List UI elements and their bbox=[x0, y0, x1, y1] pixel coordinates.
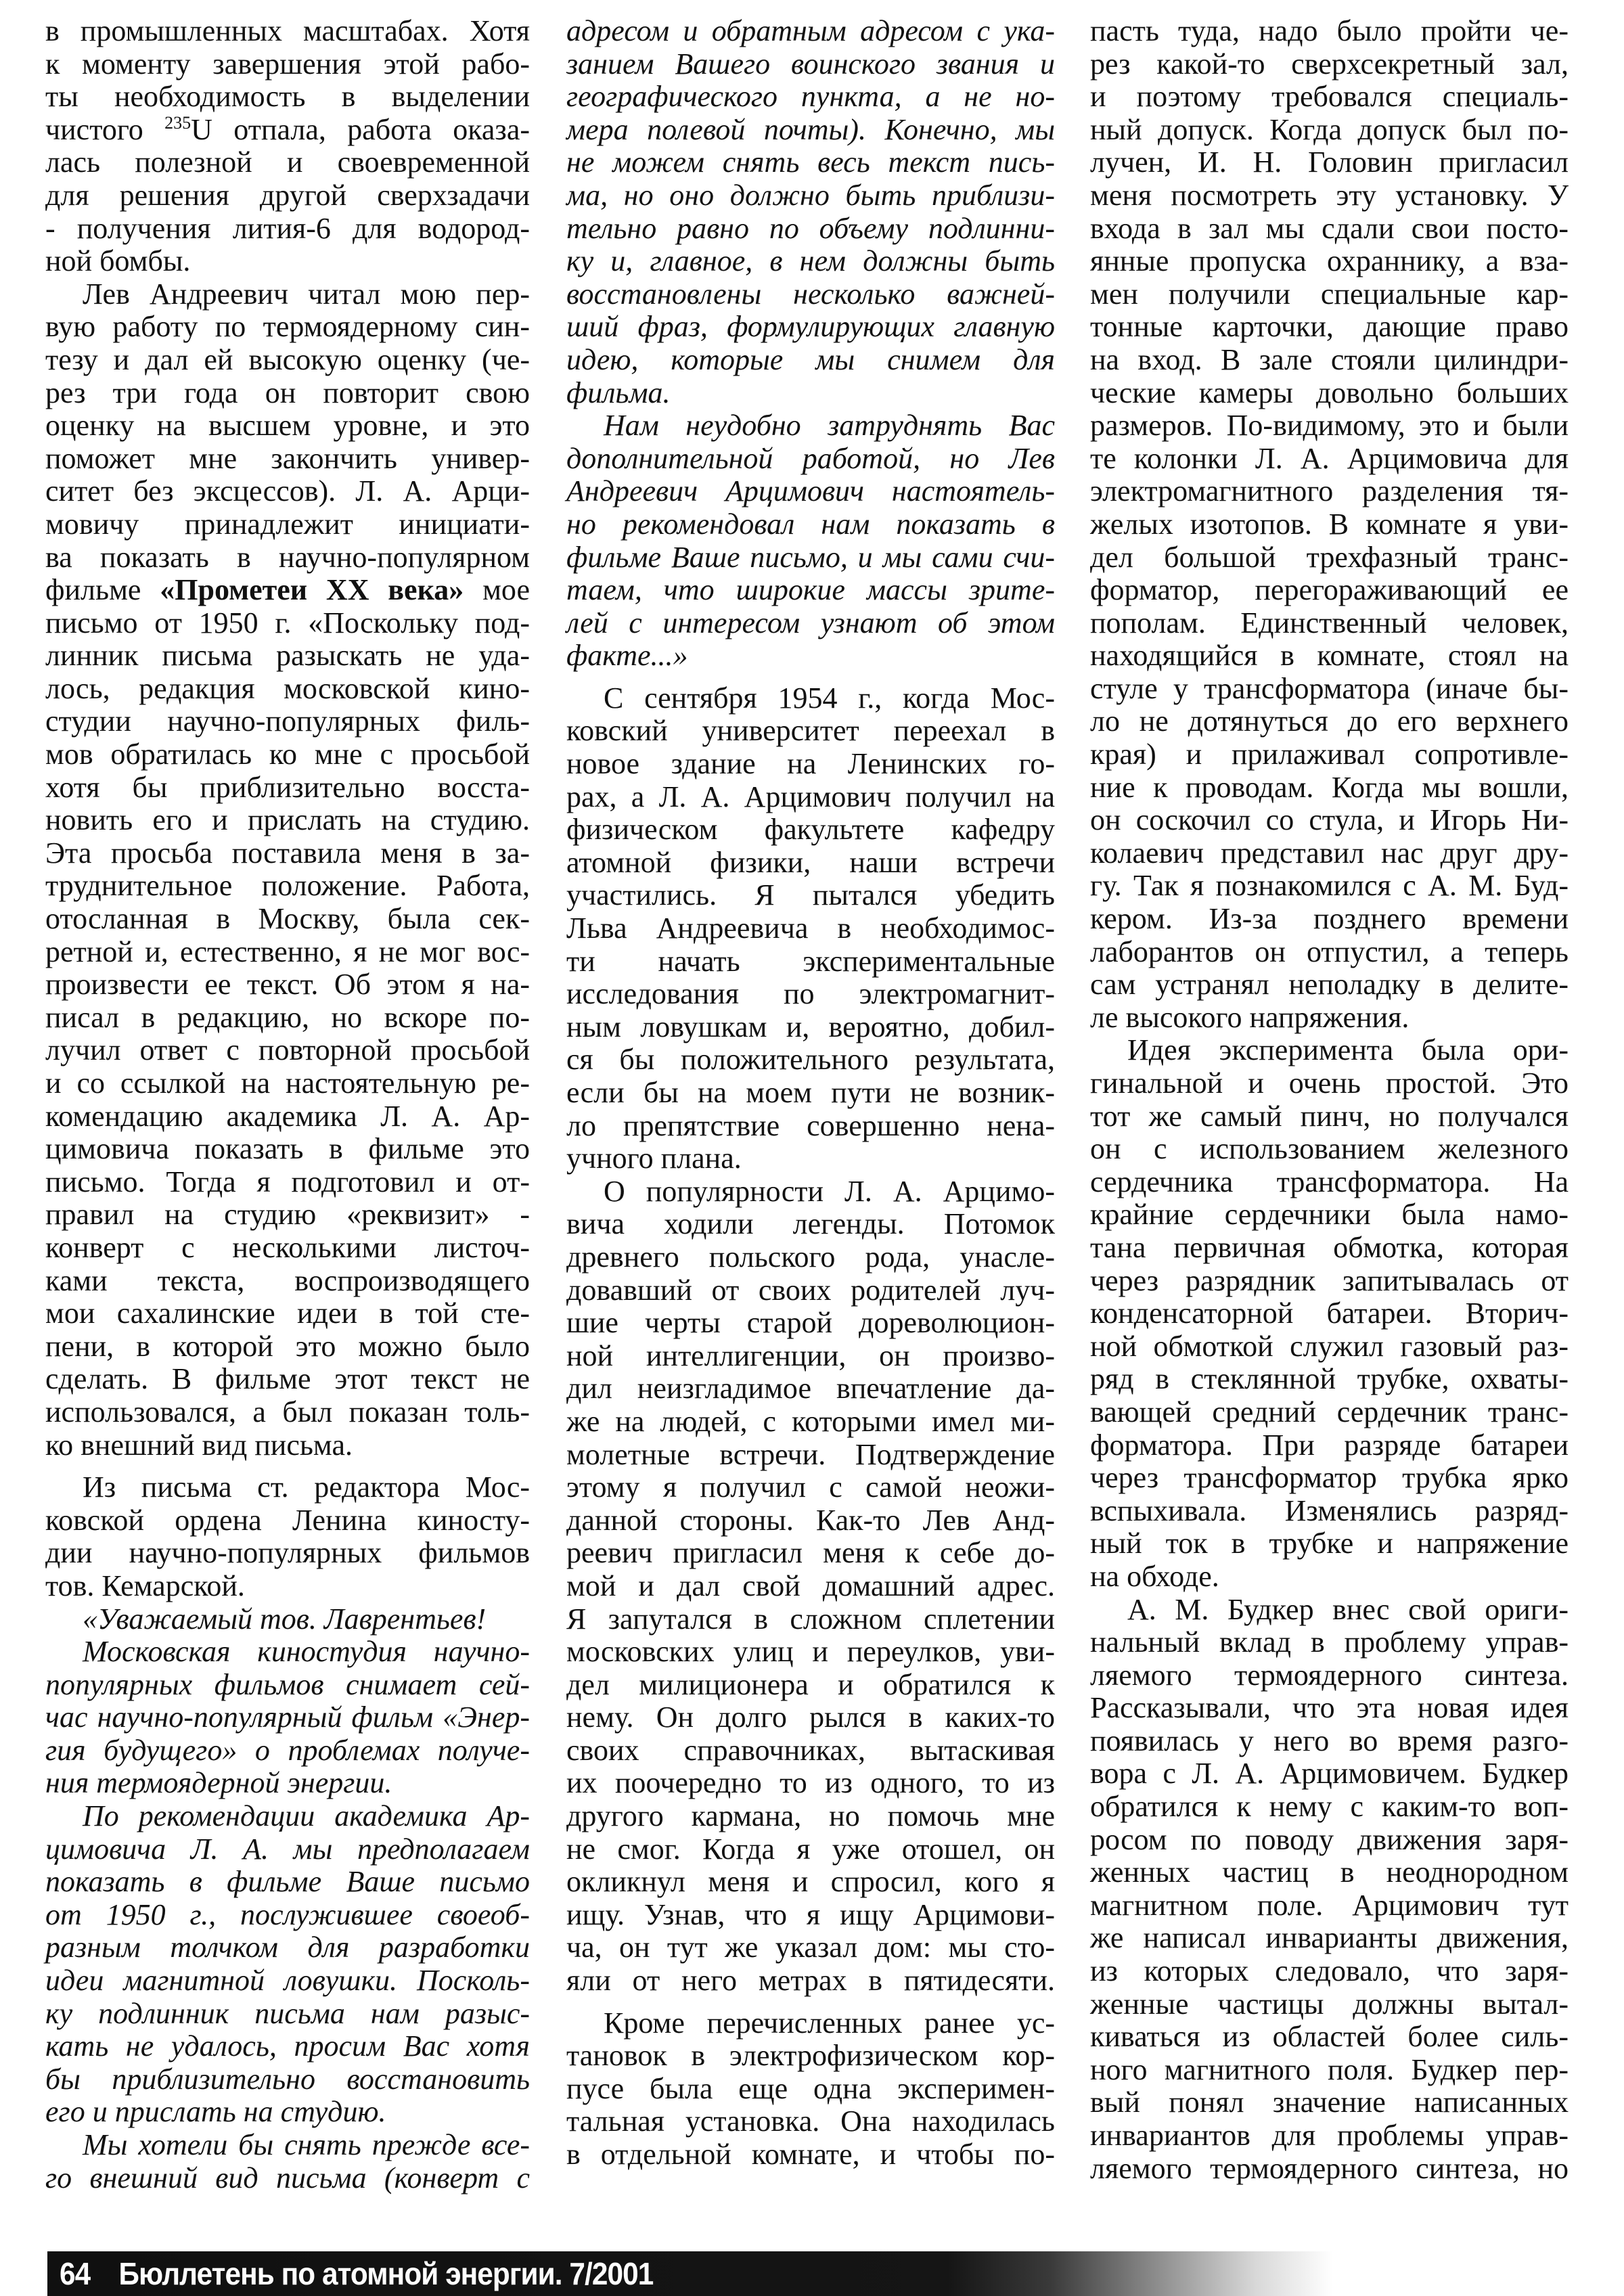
line-text: Московская киностудия научно- bbox=[83, 1635, 530, 1668]
text-line: письмо от 1950 г. «Поскольку под- bbox=[45, 607, 530, 640]
line-text: рез три года он повторит свою bbox=[45, 376, 530, 409]
line-text: нему. Он долго рылся в каких-то bbox=[566, 1701, 1055, 1734]
text-line: «Уважаемый тов. Лаврентьев! bbox=[45, 1603, 530, 1636]
line-text: ма, но оно должно быть приблизи- bbox=[566, 179, 1055, 212]
line-text: своих справочниках, вытаскивая bbox=[566, 1734, 1055, 1767]
text-line: рез три года он повторит свою bbox=[45, 377, 530, 410]
isotope-superscript: 235 bbox=[164, 113, 191, 133]
text-line: росом по поводу движения заря- bbox=[1090, 1824, 1569, 1857]
text-line: вающей средний сердечник транс- bbox=[1090, 1396, 1569, 1429]
line-text: ся бы положительного результата, bbox=[566, 1043, 1055, 1076]
line-text: росом по поводу движения заря- bbox=[1090, 1823, 1569, 1856]
line-text: окликнул меня и спросил, кого я bbox=[566, 1865, 1055, 1898]
text-line: шие черты старой дореволюцион- bbox=[566, 1307, 1055, 1340]
line-text: фильме bbox=[45, 573, 160, 606]
line-text: вора с Л. А. Арцимовичем. Будкер bbox=[1090, 1757, 1569, 1790]
text-line: труднительное положение. Работа, bbox=[45, 870, 530, 903]
line-text: мой и дал свой домашний адрес. bbox=[566, 1569, 1055, 1602]
line-text: меня посмотреть эту установку. У bbox=[1090, 179, 1569, 212]
line-text: письмо. Тогда я подготовил и от- bbox=[45, 1165, 530, 1198]
line-text: ковской ордена Ленина киносту- bbox=[45, 1504, 530, 1537]
line-text: ший фраз, формулирующих главную bbox=[566, 310, 1055, 343]
text-line: ческие камеры довольно больших bbox=[1090, 377, 1569, 410]
line-text: конденсаторной батареи. Вторич- bbox=[1090, 1297, 1569, 1330]
line-text: учного плана. bbox=[566, 1142, 742, 1175]
line-text: комендацию академика Л. А. Ар- bbox=[45, 1100, 530, 1133]
text-line: электромагнитного разделения тя- bbox=[1090, 475, 1569, 508]
text-line: ния термоядерной энергии. bbox=[45, 1767, 530, 1800]
text-line: форматора. При разряде батареи bbox=[1090, 1429, 1569, 1462]
text-line: кать не удалось, просим Вас хотя bbox=[45, 2030, 530, 2063]
line-text: физическом факультете кафедру bbox=[566, 813, 1055, 846]
text-line: форматор, перегораживающий ее bbox=[1090, 574, 1569, 607]
text-line: цимовича показать в фильме это bbox=[45, 1133, 530, 1166]
line-text: шие черты старой дореволюцион- bbox=[566, 1306, 1055, 1339]
text-line: ного магнитного поля. Будкер пер- bbox=[1090, 2054, 1569, 2087]
line-text: ным ловушкам и, вероятно, добил- bbox=[566, 1010, 1055, 1043]
text-line: Московская киностудия научно- bbox=[45, 1636, 530, 1669]
text-line: для решения другой сверхзадачи bbox=[45, 179, 530, 212]
text-line: - получения лития-6 для водород- bbox=[45, 212, 530, 246]
line-text: московских улиц и переулков, уви- bbox=[566, 1635, 1055, 1668]
line-text: идеи магнитной ловушки. Посколь- bbox=[45, 1964, 530, 1997]
paragraph-gap bbox=[45, 1462, 530, 1471]
text-line: дополнительной работой, но Лев bbox=[566, 443, 1055, 476]
line-text: фильме Ваше письмо, и мы сами счи- bbox=[566, 541, 1055, 574]
text-line: вича ходили легенды. Потомок bbox=[566, 1208, 1055, 1241]
text-column-1: в промышленных масштабах. Хотяк моменту … bbox=[45, 15, 530, 2194]
line-text: из которых следовало, что заря- bbox=[1090, 1954, 1569, 1987]
line-text: Лев Андреевич читал мою пер- bbox=[83, 277, 530, 311]
text-line: дил неизгладимое впечатление да- bbox=[566, 1372, 1055, 1405]
line-text: - получения лития-6 для водород- bbox=[45, 212, 530, 245]
text-line: час научно-популярный фильм «Энер- bbox=[45, 1701, 530, 1734]
text-line: мера полевой почты). Конечно, мы bbox=[566, 114, 1055, 147]
line-text: гу. Так я познакомился с А. М. Буд- bbox=[1090, 869, 1569, 902]
text-line: окликнул меня и спросил, кого я bbox=[566, 1866, 1055, 1899]
line-text: дии научно-популярных фильмов bbox=[45, 1536, 530, 1569]
line-text: ле высокого напряжения. bbox=[1090, 1001, 1409, 1034]
line-text: А. М. Будкер внес свой ориги- bbox=[1127, 1593, 1569, 1626]
text-line: ный допуск. Когда допуск был по- bbox=[1090, 114, 1569, 147]
text-line: вую работу по термоядерному син- bbox=[45, 311, 530, 344]
text-line: чистого 235U отпала, работа оказа- bbox=[45, 114, 530, 147]
text-line: тезу и дал ей высокую оценку (че- bbox=[45, 344, 530, 377]
line-text-continued: U отпала, работа оказа- bbox=[191, 113, 530, 146]
line-text: ку и, главное, в нем должны быть bbox=[566, 244, 1055, 277]
line-text: Андреевич Арцимович настоятель- bbox=[566, 474, 1055, 508]
line-text: Нам неудобно затруднять Вас bbox=[604, 409, 1055, 442]
text-line: и поэтому требовался специаль- bbox=[1090, 81, 1569, 114]
text-line: мой и дал свой домашний адрес. bbox=[566, 1570, 1055, 1603]
line-text: новить его и прислать на студию. bbox=[45, 803, 530, 836]
text-line: Андреевич Арцимович настоятель- bbox=[566, 475, 1055, 508]
text-line: сердечника трансформатора. На bbox=[1090, 1166, 1569, 1199]
line-text: ситет без эксцессов). Л. А. Арци- bbox=[45, 474, 530, 508]
text-line: новить его и прислать на студию. bbox=[45, 804, 530, 837]
line-text: но рекомендовал нам показать в bbox=[566, 508, 1055, 541]
text-line: мои сахалинские идеи в той сте- bbox=[45, 1297, 530, 1330]
text-line: идею, которые мы снимем для bbox=[566, 344, 1055, 377]
line-text: вающей средний сердечник транс- bbox=[1090, 1395, 1569, 1428]
line-text: ный допуск. Когда допуск был по- bbox=[1090, 113, 1569, 146]
line-text: для решения другой сверхзадачи bbox=[45, 179, 530, 212]
line-text: и со ссылкой на настоятельную ре- bbox=[45, 1066, 530, 1100]
text-line: рах, а Л. А. Арцимович получил на bbox=[566, 781, 1055, 814]
text-line: ва показать в научно-популярном bbox=[45, 541, 530, 575]
text-line: реевич пригласил меня к себе до- bbox=[566, 1537, 1055, 1570]
text-line: ку и, главное, в нем должны быть bbox=[566, 245, 1055, 278]
text-line: на обходе. bbox=[1090, 1560, 1569, 1594]
text-line: киваться из областей более силь- bbox=[1090, 2021, 1569, 2054]
text-line: оценку на высшем уровне, и это bbox=[45, 409, 530, 443]
text-line: вый понял значение написанных bbox=[1090, 2086, 1569, 2119]
text-line: входа в зал мы сдали свои посто- bbox=[1090, 212, 1569, 246]
line-text: произвести ее текст. Об этом я на- bbox=[45, 968, 530, 1001]
line-text: ча, он тут же указал дом: мы сто- bbox=[566, 1931, 1055, 1964]
line-text: «Уважаемый тов. Лаврентьев! bbox=[83, 1602, 486, 1636]
line-text: правил на студию «реквизит» - bbox=[45, 1198, 530, 1231]
line-text: магнитном поле. Арцимович тут bbox=[1090, 1889, 1569, 1922]
line-text: янные пропуска охраннику, а вза- bbox=[1090, 244, 1569, 277]
line-text: форматор, перегораживающий ее bbox=[1090, 573, 1569, 606]
line-text: Я запутался в сложном сплетении bbox=[566, 1602, 1055, 1636]
text-line: крайние сердечники была намо- bbox=[1090, 1198, 1569, 1232]
line-text: исследования по электромагнит- bbox=[566, 977, 1055, 1010]
text-line: инвариантов для проблемы управ- bbox=[1090, 2119, 1569, 2153]
text-line: пополам. Единственный человек, bbox=[1090, 607, 1569, 640]
line-text: киваться из областей более силь- bbox=[1090, 2020, 1569, 2053]
line-text: древнего польского рода, унасле- bbox=[566, 1240, 1055, 1274]
footer-text: 64Бюллетень по атомной энергии. 7/2001 bbox=[60, 2255, 653, 2292]
line-text: лось, редакция московской кино- bbox=[45, 672, 530, 705]
text-line: ряд в стеклянной трубке, охваты- bbox=[1090, 1363, 1569, 1396]
line-text: писал в редакцию, но вскоре по- bbox=[45, 1001, 530, 1034]
text-line: своих справочниках, вытаскивая bbox=[566, 1734, 1055, 1768]
line-text: крайние сердечники была намо- bbox=[1090, 1198, 1569, 1231]
text-line: женных частиц в неоднородном bbox=[1090, 1856, 1569, 1889]
line-text: О популярности Л. А. Арцимо- bbox=[604, 1175, 1055, 1208]
line-text: Идея эксперимента была ори- bbox=[1127, 1033, 1569, 1066]
text-line: дел милиционера и обратился к bbox=[566, 1669, 1055, 1702]
line-text: географического пункта, а не но- bbox=[566, 80, 1055, 113]
text-line: атомной физики, наши встречи bbox=[566, 847, 1055, 880]
line-text: края) и прилаживал сопротивле- bbox=[1090, 738, 1569, 771]
journal-page: в промышленных масштабах. Хотяк моменту … bbox=[0, 0, 1624, 2296]
line-text: мои сахалинские идеи в той сте- bbox=[45, 1297, 530, 1330]
text-line: хотя бы приблизительно восста- bbox=[45, 771, 530, 805]
line-text: на обходе. bbox=[1090, 1560, 1219, 1593]
text-line: от 1950 г., послужившее своеоб- bbox=[45, 1899, 530, 1932]
text-line: Кроме перечисленных ранее ус- bbox=[566, 2007, 1055, 2040]
line-text: рез какой-то сверхсекретный зал, bbox=[1090, 47, 1569, 81]
text-line: правил на студию «реквизит» - bbox=[45, 1198, 530, 1232]
line-text: ряд в стеклянной трубке, охваты- bbox=[1090, 1362, 1569, 1395]
line-text: тельно равно по объему подлинни- bbox=[566, 212, 1055, 245]
line-text: электромагнитного разделения тя- bbox=[1090, 474, 1569, 508]
text-line: факте...» bbox=[566, 639, 1055, 673]
line-text: лучен, И. Н. Головин пригласил bbox=[1090, 145, 1569, 179]
line-text: ческие камеры довольно больших bbox=[1090, 376, 1569, 409]
line-text: через трансформатор трубка ярко bbox=[1090, 1461, 1569, 1494]
page-footer-bar: 64Бюллетень по атомной энергии. 7/2001 bbox=[47, 2251, 1333, 2296]
text-line: вспыхивала. Изменялись разряд- bbox=[1090, 1495, 1569, 1528]
text-line: ма, но оно должно быть приблизи- bbox=[566, 179, 1055, 212]
line-text: от 1950 г., послужившее своеоб- bbox=[45, 1898, 530, 1931]
text-line: комендацию академика Л. А. Ар- bbox=[45, 1100, 530, 1133]
text-line: писал в редакцию, но вскоре по- bbox=[45, 1001, 530, 1035]
text-line: Льва Андреевича в необходимос- bbox=[566, 912, 1055, 945]
text-line: исследования по электромагнит- bbox=[566, 978, 1055, 1011]
line-text: вую работу по термоядерному син- bbox=[45, 310, 530, 343]
line-text: его и прислать на студию. bbox=[45, 2095, 386, 2128]
text-line: ляемого термоядерного синтеза, но bbox=[1090, 2153, 1569, 2186]
line-text: вича ходили легенды. Потомок bbox=[566, 1207, 1055, 1240]
text-line: гу. Так я познакомился с А. М. Буд- bbox=[1090, 870, 1569, 903]
line-text: и поэтому требовался специаль- bbox=[1090, 80, 1569, 113]
line-text: кером. Из-за позднего времени bbox=[1090, 902, 1569, 935]
text-line: А. М. Будкер внес свой ориги- bbox=[1090, 1594, 1569, 1627]
text-line: ным ловушкам и, вероятно, добил- bbox=[566, 1011, 1055, 1044]
line-text: использовался, а был показан толь- bbox=[45, 1395, 530, 1428]
text-line: этому я получил с самой неожи- bbox=[566, 1471, 1055, 1504]
text-line: линник письма разыскать не уда- bbox=[45, 639, 530, 673]
text-line: пени, в которой это можно было bbox=[45, 1330, 530, 1364]
line-text: ты необходимость в выделении bbox=[45, 80, 530, 113]
text-line: ищу. Узнав, что я ищу Арцимови- bbox=[566, 1899, 1055, 1932]
text-line: гия будущего» о проблемах получе- bbox=[45, 1734, 530, 1768]
line-text: данной стороны. Как-то Лев Анд- bbox=[566, 1504, 1055, 1537]
text-line: пусе была еще одна эксперимен- bbox=[566, 2073, 1055, 2106]
line-text: мов обратилась ко мне с просьбой bbox=[45, 738, 530, 771]
text-line: бы приблизительно восстановить bbox=[45, 2063, 530, 2096]
line-text: лей с интересом узнают об этом bbox=[566, 606, 1055, 639]
text-line: тов. Кемарской. bbox=[45, 1570, 530, 1603]
line-text: сам устранял неполадку в делите- bbox=[1090, 968, 1569, 1001]
line-text: оценку на высшем уровне, и это bbox=[45, 409, 530, 442]
text-column-2: адресом и обратным адресом с ука-занием … bbox=[566, 15, 1055, 2171]
text-line: занием Вашего воинского звания и bbox=[566, 48, 1055, 81]
text-line: го внешний вид письма (конверт с bbox=[45, 2162, 530, 2195]
text-line: лаборантов он отпустил, а теперь bbox=[1090, 936, 1569, 969]
text-line: древнего польского рода, унасле- bbox=[566, 1241, 1055, 1274]
line-text: атомной физики, наши встречи bbox=[566, 846, 1055, 879]
text-line: ляемого термоядерного синтеза. bbox=[1090, 1659, 1569, 1692]
line-text: ного магнитного поля. Будкер пер- bbox=[1090, 2053, 1569, 2086]
text-line: Лев Андреевич читал мою пер- bbox=[45, 278, 530, 311]
line-text: пени, в которой это можно было bbox=[45, 1330, 530, 1363]
text-line: ной обмоткой служил газовый раз- bbox=[1090, 1330, 1569, 1364]
line-text: их поочередно то из одного, то из bbox=[566, 1766, 1055, 1799]
text-line: ситет без эксцессов). Л. А. Арци- bbox=[45, 475, 530, 508]
text-line: в промышленных масштабах. Хотя bbox=[45, 15, 530, 48]
text-line: ло не дотянуться до его верхнего bbox=[1090, 705, 1569, 738]
text-line: пасть туда, надо было пройти че- bbox=[1090, 15, 1569, 48]
line-text: не смог. Когда я уже отошел, он bbox=[566, 1832, 1055, 1866]
text-line: он соскочил со стула, и Игорь Ни- bbox=[1090, 804, 1569, 837]
text-line: О популярности Л. А. Арцимо- bbox=[566, 1175, 1055, 1209]
line-text: сердечника трансформатора. На bbox=[1090, 1165, 1569, 1198]
text-line: популярных фильмов снимает сей- bbox=[45, 1669, 530, 1702]
text-line: фильма. bbox=[566, 377, 1055, 410]
text-line: ший фраз, формулирующих главную bbox=[566, 311, 1055, 344]
line-text: дополнительной работой, но Лев bbox=[566, 442, 1055, 475]
line-text: фильма. bbox=[566, 376, 671, 409]
line-text: пасть туда, надо было пройти че- bbox=[1090, 14, 1569, 47]
line-text: яли от него метрах в пятидесяти. bbox=[566, 1964, 1055, 1997]
line-text: мера полевой почты). Конечно, мы bbox=[566, 113, 1055, 146]
line-text: С сентября 1954 г., когда Мос- bbox=[604, 681, 1055, 715]
text-line: мов обратилась ко мне с просьбой bbox=[45, 738, 530, 771]
line-text: ретной и, естественно, я не мог вос- bbox=[45, 935, 530, 968]
line-text: пусе была еще одна эксперимен- bbox=[566, 2072, 1055, 2105]
line-text: ва показать в научно-популярном bbox=[45, 541, 530, 574]
line-text: письмо от 1950 г. «Поскольку под- bbox=[45, 606, 530, 639]
line-text: стуле у трансформатора (иначе бы- bbox=[1090, 672, 1569, 705]
line-text: Эта просьба поставила меня в за- bbox=[45, 836, 530, 870]
line-text: гинальной и очень простой. Это bbox=[1090, 1066, 1569, 1100]
text-line: ча, он тут же указал дом: мы сто- bbox=[566, 1931, 1055, 1964]
line-text: го внешний вид письма (конверт с bbox=[45, 2161, 530, 2194]
line-text: находящийся в комнате, стоял на bbox=[1090, 639, 1569, 672]
text-line: гинальной и очень простой. Это bbox=[1090, 1067, 1569, 1100]
line-text: Из письма ст. редактора Мос- bbox=[83, 1470, 530, 1504]
text-line: сам устранял неполадку в делите- bbox=[1090, 968, 1569, 1001]
text-line: тонные карточки, дающие право bbox=[1090, 311, 1569, 344]
line-text: довавший от своих родителей луч- bbox=[566, 1274, 1055, 1307]
line-text: ной интеллигенции, он произво- bbox=[566, 1339, 1055, 1372]
text-line: через разрядник запитывалась от bbox=[1090, 1265, 1569, 1298]
text-line: Эта просьба поставила меня в за- bbox=[45, 837, 530, 870]
text-line: ти начать экспериментальные bbox=[566, 945, 1055, 978]
text-line: лось, редакция московской кино- bbox=[45, 673, 530, 706]
line-text: цимовича показать в фильме это bbox=[45, 1132, 530, 1165]
film-title: «Прометеи XX века» bbox=[160, 573, 464, 606]
line-text: через разрядник запитывалась от bbox=[1090, 1264, 1569, 1297]
text-line: вора с Л. А. Арцимовичем. Будкер bbox=[1090, 1757, 1569, 1791]
line-text: дел большой трехфазный транс- bbox=[1090, 541, 1569, 574]
line-text: колаевич представил нас друг дру- bbox=[1090, 836, 1569, 870]
text-line: колаевич представил нас друг дру- bbox=[1090, 837, 1569, 870]
text-line: ся бы положительного результата, bbox=[566, 1043, 1055, 1077]
text-line: конверт с несколькими листоч- bbox=[45, 1232, 530, 1265]
line-text: популярных фильмов снимает сей- bbox=[45, 1668, 530, 1701]
line-text: ния термоядерной энергии. bbox=[45, 1766, 392, 1799]
text-line: края) и прилаживал сопротивле- bbox=[1090, 738, 1569, 771]
line-text: рах, а Л. А. Арцимович получил на bbox=[566, 780, 1055, 813]
line-text: показать в фильме Ваше письмо bbox=[45, 1865, 530, 1898]
text-line: дии научно-популярных фильмов bbox=[45, 1537, 530, 1570]
text-line: молетные встречи. Подтверждение bbox=[566, 1439, 1055, 1472]
line-text: тана первичная обмотка, которая bbox=[1090, 1231, 1569, 1264]
line-text: желых изотопов. В комнате я уви- bbox=[1090, 508, 1569, 541]
line-text: Мы хотели бы снять прежде все- bbox=[83, 2128, 530, 2161]
text-line: ковский университет переехал в bbox=[566, 715, 1055, 748]
text-line: ние к проводам. Когда мы вошли, bbox=[1090, 771, 1569, 805]
line-text: тановок в электрофизическом кор- bbox=[566, 2039, 1055, 2072]
line-text: на вход. В зале стояли цилиндри- bbox=[1090, 343, 1569, 376]
text-line: участились. Я пытался убедить bbox=[566, 879, 1055, 912]
line-text: женные частицы должны вытал- bbox=[1090, 1987, 1569, 2021]
line-text: ищу. Узнав, что я ищу Арцимови- bbox=[566, 1898, 1055, 1931]
text-line: таем, что широкие массы зрите- bbox=[566, 574, 1055, 607]
text-line: ный ток в трубке и напряжение bbox=[1090, 1527, 1569, 1560]
line-text: реевич пригласил меня к себе до- bbox=[566, 1536, 1055, 1569]
line-text: тов. Кемарской. bbox=[45, 1569, 245, 1602]
text-line: цимовича Л. А. мы предполагаем bbox=[45, 1833, 530, 1866]
text-line: в отдельной комнате, и чтобы по- bbox=[566, 2138, 1055, 2171]
text-line: Рассказывали, что эта новая идея bbox=[1090, 1692, 1569, 1725]
text-line: тот же самый пинч, но получался bbox=[1090, 1100, 1569, 1133]
text-line: другого кармана, но помочь мне bbox=[566, 1800, 1055, 1833]
text-line: дел большой трехфазный транс- bbox=[1090, 541, 1569, 575]
text-line: кером. Из-за позднего времени bbox=[1090, 903, 1569, 936]
line-text: поможет мне закончить универ- bbox=[45, 442, 530, 475]
text-line: Идея эксперимента была ори- bbox=[1090, 1034, 1569, 1067]
line-text: он соскочил со стула, и Игорь Ни- bbox=[1090, 803, 1569, 836]
text-line: лучен, И. Н. Головин пригласил bbox=[1090, 146, 1569, 179]
text-line: их поочередно то из одного, то из bbox=[566, 1767, 1055, 1800]
line-text: ло препятствие совершенно нена- bbox=[566, 1109, 1055, 1142]
line-text: те колонки Л. А. Арцимовича для bbox=[1090, 442, 1569, 475]
line-text: он с использованием железного bbox=[1090, 1132, 1569, 1165]
line-text: обратился к нему с каким-то воп- bbox=[1090, 1790, 1569, 1823]
text-line: Нам неудобно затруднять Вас bbox=[566, 409, 1055, 443]
line-text: пополам. Единственный человек, bbox=[1090, 606, 1569, 639]
text-line: ретной и, естественно, я не мог вос- bbox=[45, 936, 530, 969]
text-line: тельно равно по объему подлинни- bbox=[566, 212, 1055, 246]
line-text: адресом и обратным адресом с ука- bbox=[566, 14, 1055, 47]
line-text: идею, которые мы снимем для bbox=[566, 343, 1055, 376]
line-text: к моменту завершения этой рабо- bbox=[45, 47, 530, 81]
text-line: но рекомендовал нам показать в bbox=[566, 508, 1055, 541]
line-text: линник письма разыскать не уда- bbox=[45, 639, 530, 672]
text-line: нему. Он долго рылся в каких-то bbox=[566, 1701, 1055, 1734]
text-line: ты необходимость в выделении bbox=[45, 81, 530, 114]
line-text: другого кармана, но помочь мне bbox=[566, 1799, 1055, 1832]
line-text: кать не удалось, просим Вас хотя bbox=[45, 2029, 530, 2063]
line-text: молетные встречи. Подтверждение bbox=[566, 1438, 1055, 1471]
line-text: ками текста, воспроизводящего bbox=[45, 1264, 530, 1297]
line-text: По рекомендации академика Ар- bbox=[83, 1799, 530, 1832]
text-line: женные частицы должны вытал- bbox=[1090, 1988, 1569, 2021]
line-text: же написал инварианты движения, bbox=[1090, 1921, 1569, 1954]
line-text: ти начать экспериментальные bbox=[566, 945, 1055, 978]
line-text: нальный вклад в проблему управ- bbox=[1090, 1625, 1569, 1659]
text-line: те колонки Л. А. Арцимовича для bbox=[1090, 443, 1569, 476]
line-text: инвариантов для проблемы управ- bbox=[1090, 2119, 1569, 2152]
line-text: Рассказывали, что эта новая идея bbox=[1090, 1691, 1569, 1724]
text-line: появилась у него во время разго- bbox=[1090, 1725, 1569, 1758]
line-text: занием Вашего воинского звания и bbox=[566, 47, 1055, 81]
text-line: идеи магнитной ловушки. Посколь- bbox=[45, 1964, 530, 1998]
text-line: к моменту завершения этой рабо- bbox=[45, 48, 530, 81]
line-text: бы приблизительно восстановить bbox=[45, 2063, 530, 2096]
line-text: лаборантов он отпустил, а теперь bbox=[1090, 935, 1569, 968]
text-line: показать в фильме Ваше письмо bbox=[45, 1866, 530, 1899]
line-text: сделать. В фильме этот текст не bbox=[45, 1362, 530, 1395]
text-line: из которых следовало, что заря- bbox=[1090, 1955, 1569, 1988]
text-line: тальная установка. Она находилась bbox=[566, 2105, 1055, 2138]
line-text: ной обмоткой служил газовый раз- bbox=[1090, 1330, 1569, 1363]
line-text: тальная установка. Она находилась bbox=[566, 2104, 1055, 2138]
text-line: обратился к нему с каким-то воп- bbox=[1090, 1791, 1569, 1824]
line-text: дил неизгладимое впечатление да- bbox=[566, 1372, 1055, 1405]
text-line: Мы хотели бы снять прежде все- bbox=[45, 2129, 530, 2162]
text-line: лась полезной и своевременной bbox=[45, 146, 530, 179]
line-text: не можем снять весь текст пись- bbox=[566, 145, 1055, 179]
text-line: фильме Ваше письмо, и мы сами счи- bbox=[566, 541, 1055, 575]
